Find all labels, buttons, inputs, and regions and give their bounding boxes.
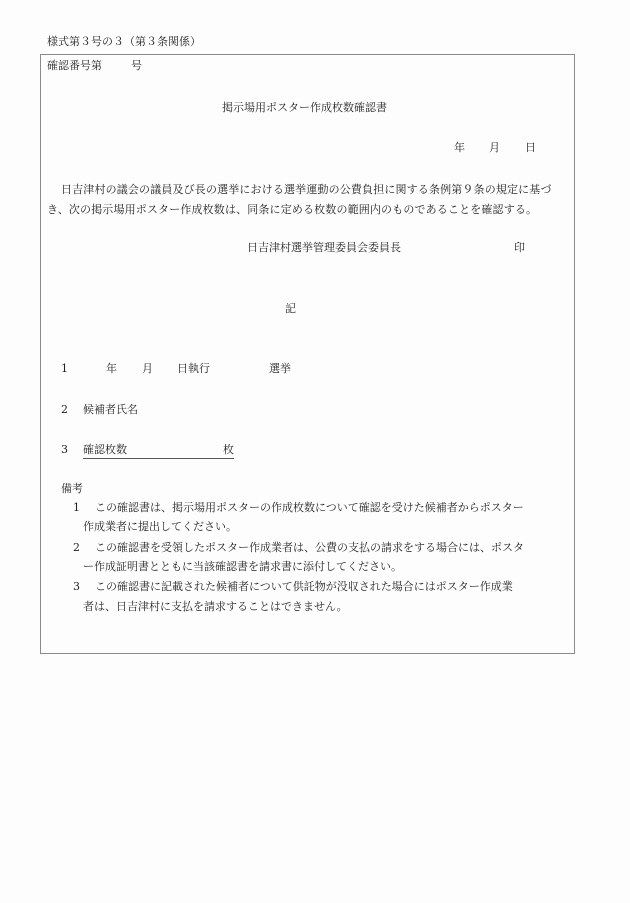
- seal-mark: 印: [514, 241, 525, 255]
- candidate-name-label: 候補者氏名: [83, 403, 138, 417]
- note-3-line-2: 者は、日吉津村に支払を請求することはできません。: [83, 600, 348, 614]
- confirmed-count-label: 確認枚数: [83, 443, 127, 456]
- item-1-year: 年: [106, 362, 117, 376]
- document-title: 掲示場用ポスター作成枚数確認書: [222, 101, 387, 115]
- ki-heading: 記: [285, 302, 296, 316]
- signatory-name: 日吉津村選挙管理委員会委員長: [247, 241, 401, 255]
- note-2-line-2: ー作成証明書とともに当該確認書を請求書に添付してください。: [83, 560, 402, 574]
- date-month: 月: [489, 141, 500, 155]
- note-3-line-1: この確認書に記載された候補者について供託物が没収された場合にはポスター作成業: [95, 580, 513, 594]
- note-1-line-2: 作成業者に提出してください。: [83, 520, 237, 534]
- item-3-number: 3: [61, 443, 68, 457]
- item-1-election: 選挙: [269, 362, 291, 376]
- date-day: 日: [525, 141, 536, 155]
- body-line-1: 日吉津村の議会の議員及び長の選挙における選挙運動の公費負担に関する条例第９条の規…: [61, 183, 552, 197]
- item-2-number: 2: [61, 403, 68, 417]
- confirmation-number-prefix: 確認番号第: [47, 59, 102, 73]
- form-label: 様式第３号の３（第３条関係）: [47, 35, 201, 49]
- note-2-line-1: この確認書を受領したポスター作成業者は、公費の支払の請求をする場合には、ポスタ: [95, 541, 524, 555]
- item-1-day: 日執行: [177, 362, 210, 376]
- note-1-line-1: この確認書は、掲示場用ポスターの作成枚数について確認を受けた候補者からポスター: [95, 501, 524, 515]
- note-3-number: 3: [73, 580, 80, 594]
- body-line-2: き、次の掲示場用ポスター作成枚数は、同条に定める枚数の範囲内のものであることを確…: [47, 203, 537, 217]
- notes-heading: 備考: [61, 482, 83, 496]
- note-1-number: 1: [73, 501, 80, 515]
- note-2-number: 2: [73, 541, 80, 555]
- confirmation-number-suffix: 号: [131, 59, 142, 73]
- date-year: 年: [454, 141, 465, 155]
- confirmed-count-unit: 枚: [223, 443, 234, 457]
- item-1-number: 1: [61, 362, 68, 376]
- item-1-month: 月: [142, 362, 153, 376]
- confirmed-count-field: 確認枚数 枚: [83, 443, 234, 459]
